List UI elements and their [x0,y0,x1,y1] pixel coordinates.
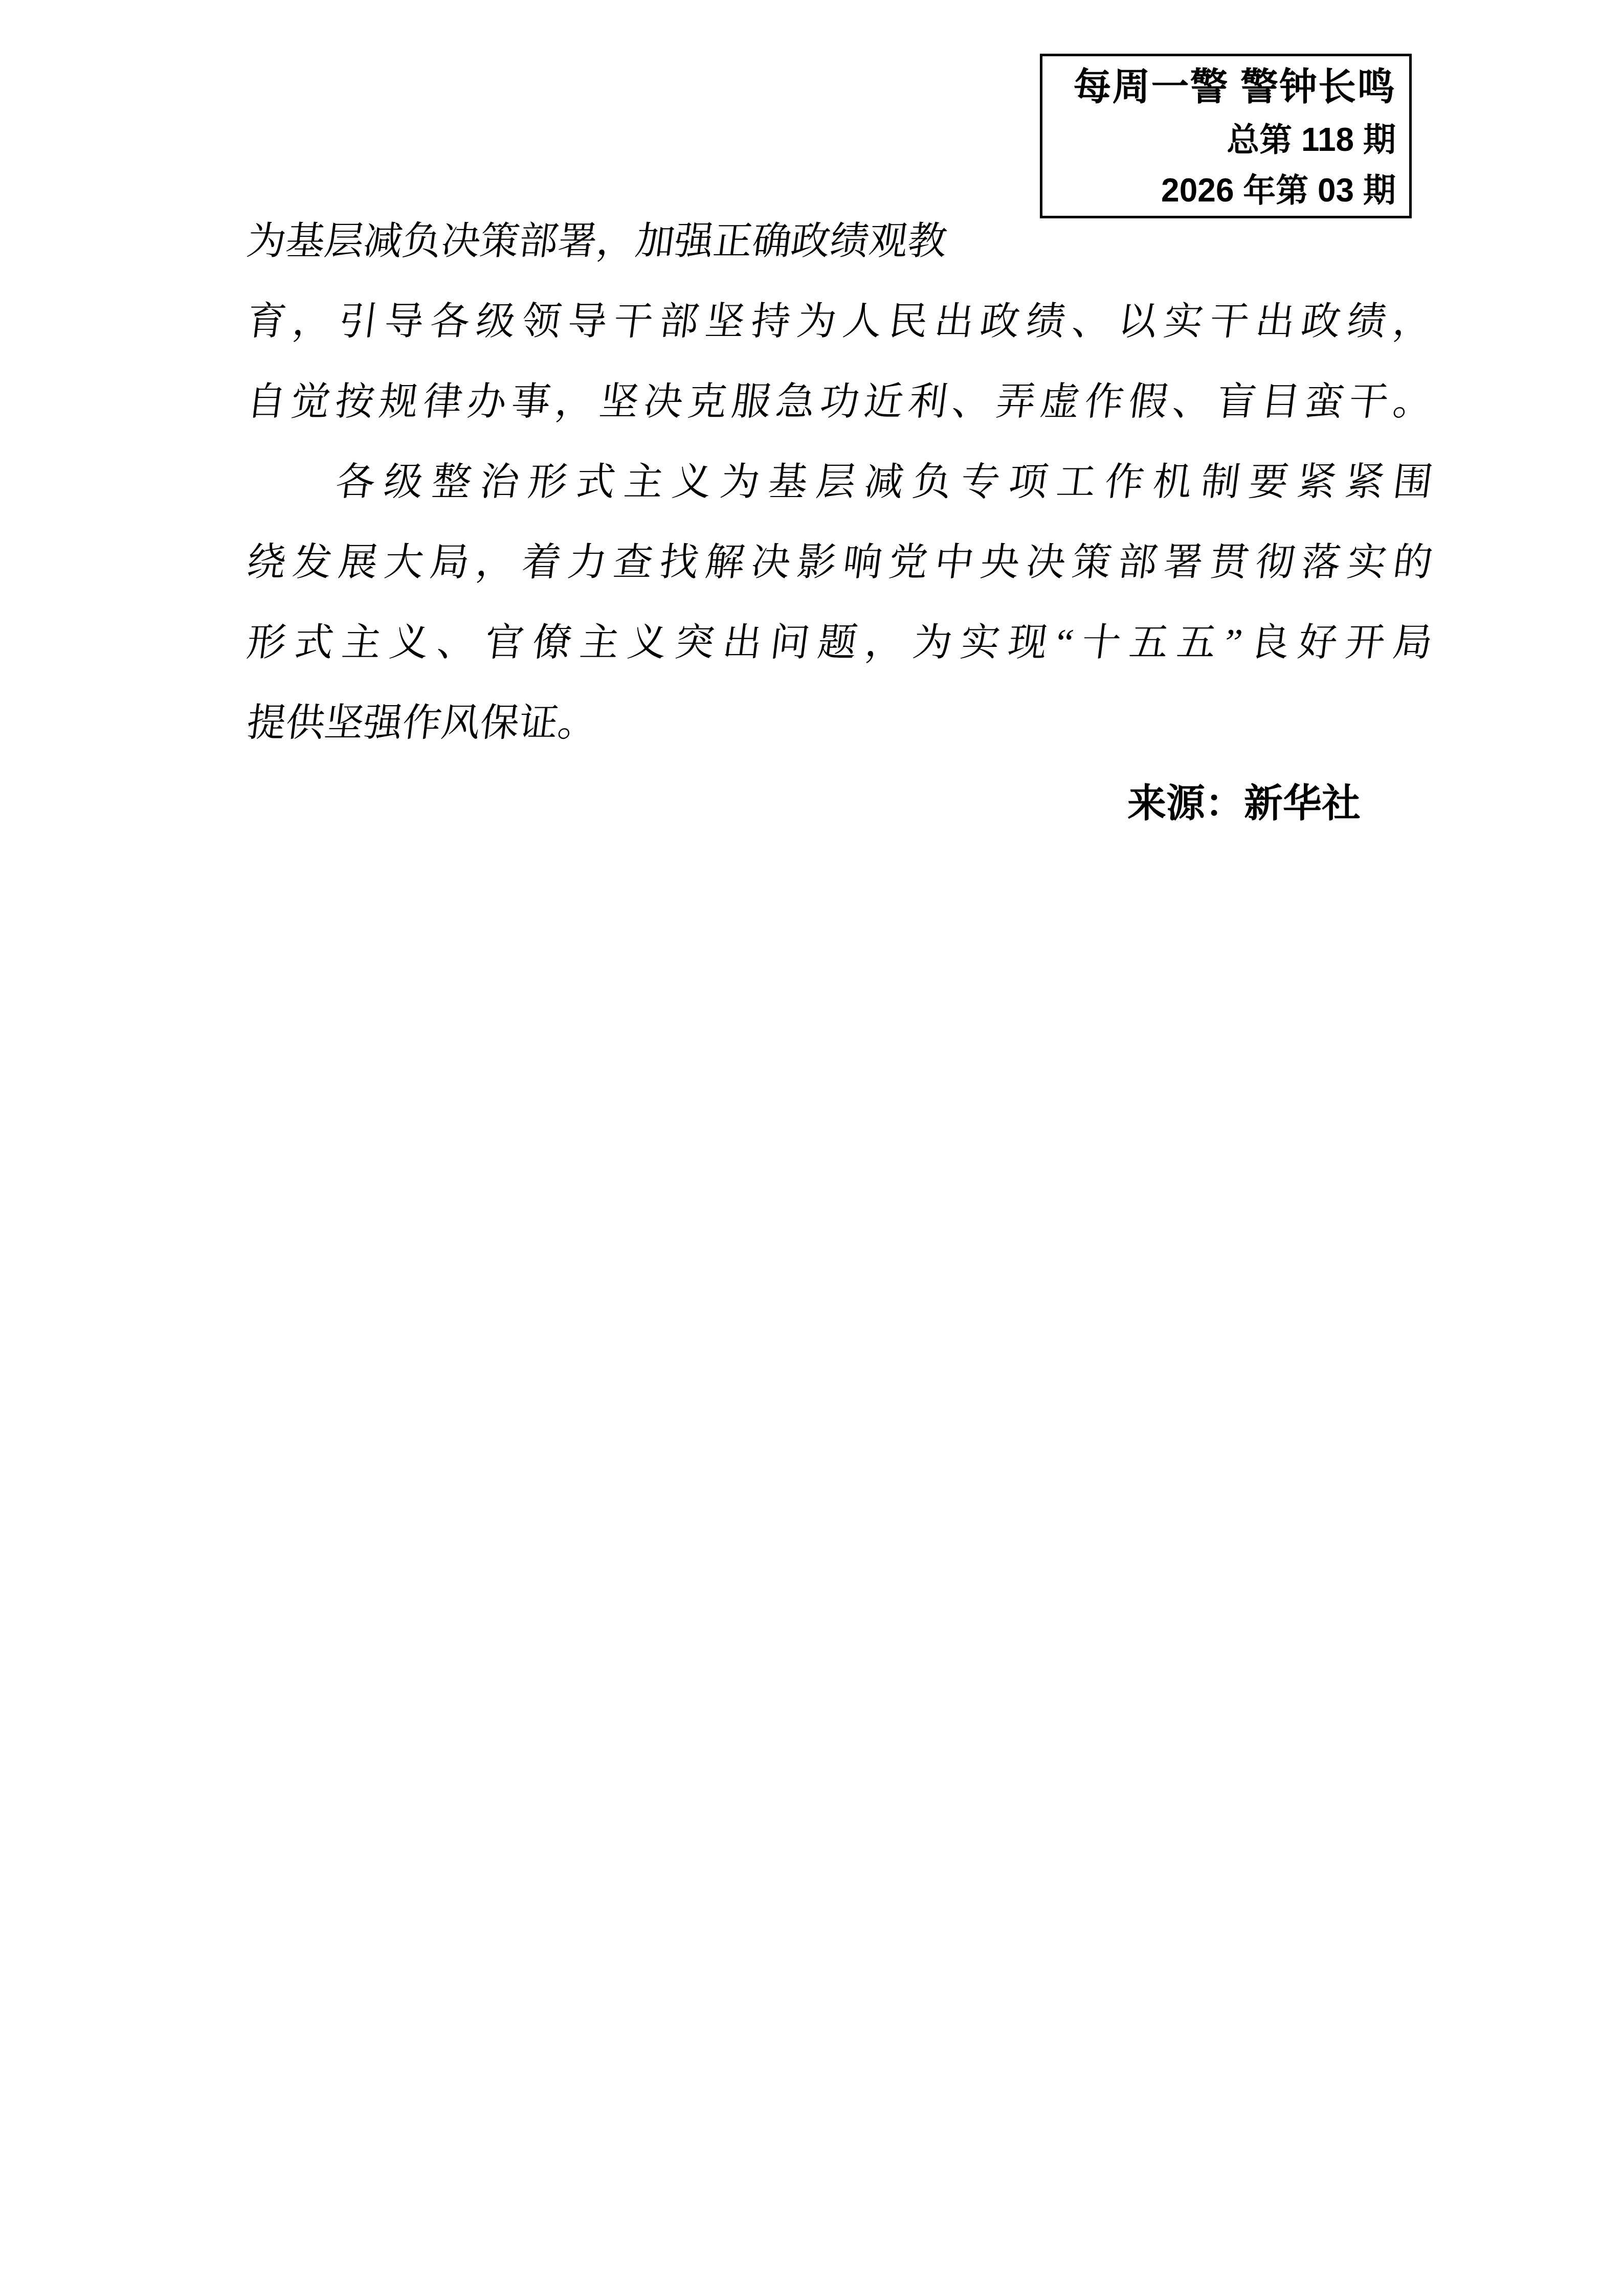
body-line: 各级整治形式主义为基层减负专项工作机制要紧紧围 [242,442,1437,523]
document-page: 每周一警 警钟长鸣 总第 118 期 2026 年第 03 期 为基层减负决策部… [0,0,1624,2296]
body-line: 育，引导各级领导干部坚持为人民出政绩、以实干出政绩， [242,282,1437,362]
issue-box-title: 每周一警 警钟长鸣 [1048,59,1396,115]
body-line: 自觉按规律办事，坚决克服急功近利、弄虚作假、盲目蛮干。 [242,362,1437,442]
body-line: 绕发展大局，着力查找解决影响党中央决策部署贯彻落实的 [242,523,1437,603]
body-line: 提供坚强作风保证。 [242,683,1437,763]
body-line: 为基层减负决策部署，加强正确政绩观教 [242,201,1437,282]
document-body: 为基层减负决策部署，加强正确政绩观教 育，引导各级领导干部坚持为人民出政绩、以实… [247,201,1432,844]
issue-info-box: 每周一警 警钟长鸣 总第 118 期 2026 年第 03 期 [1040,54,1412,218]
issue-total-number: 总第 118 期 [1048,115,1396,165]
body-line: 形式主义、官僚主义突出问题，为实现“十五五”良好开局 [242,603,1437,683]
source-attribution: 来源：新华社 [247,763,1432,844]
